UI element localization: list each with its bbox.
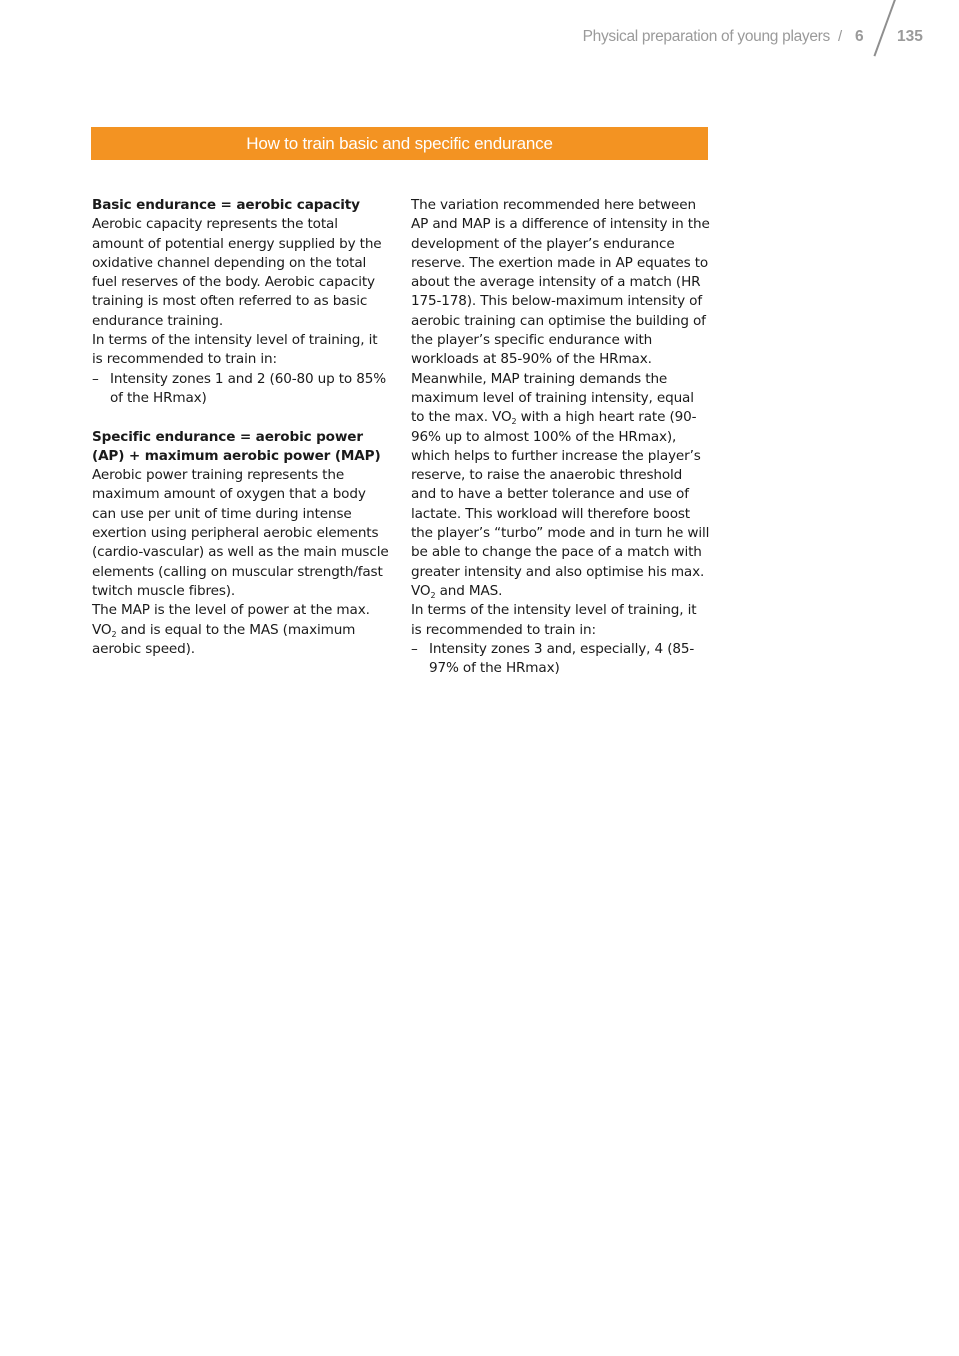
running-title: Physical preparation of young players bbox=[560, 28, 830, 46]
paragraph: In terms of the intensity level of train… bbox=[411, 601, 711, 640]
bullet-item: – Intensity zones 1 and 2 (60-80 up to 8… bbox=[92, 370, 392, 409]
right-column: The variation recommended here between A… bbox=[411, 196, 711, 678]
heading-basic-endurance: Basic endurance = aerobic capacity bbox=[92, 196, 392, 215]
paragraph: In terms of the intensity level of train… bbox=[92, 331, 392, 370]
paragraph: The MAP is the level of power at the max… bbox=[92, 601, 392, 659]
slash-divider-icon bbox=[873, 0, 896, 56]
dash-bullet-icon: – bbox=[92, 370, 110, 409]
bullet-text: Intensity zones 3 and, especially, 4 (85… bbox=[429, 640, 711, 679]
page-number: 135 bbox=[897, 28, 923, 46]
bullet-item: – Intensity zones 3 and, especially, 4 (… bbox=[411, 640, 711, 679]
paragraph: Aerobic power training represents the ma… bbox=[92, 466, 392, 601]
paragraph: Aerobic capacity represents the total am… bbox=[92, 215, 392, 331]
bullet-text: Intensity zones 1 and 2 (60-80 up to 85%… bbox=[110, 370, 392, 409]
chapter-separator: / bbox=[838, 28, 842, 45]
heading-specific-endurance: Specific endurance = aerobic power (AP) … bbox=[92, 428, 392, 467]
section-banner: How to train basic and specific enduranc… bbox=[91, 127, 708, 160]
left-column: Basic endurance = aerobic capacity Aerob… bbox=[92, 196, 392, 659]
banner-title: How to train basic and specific enduranc… bbox=[246, 134, 552, 154]
paragraph: Meanwhile, MAP training demands the maxi… bbox=[411, 370, 711, 602]
chapter-number: 6 bbox=[855, 28, 864, 46]
paragraph: The variation recommended here between A… bbox=[411, 196, 711, 370]
dash-bullet-icon: – bbox=[411, 640, 429, 679]
